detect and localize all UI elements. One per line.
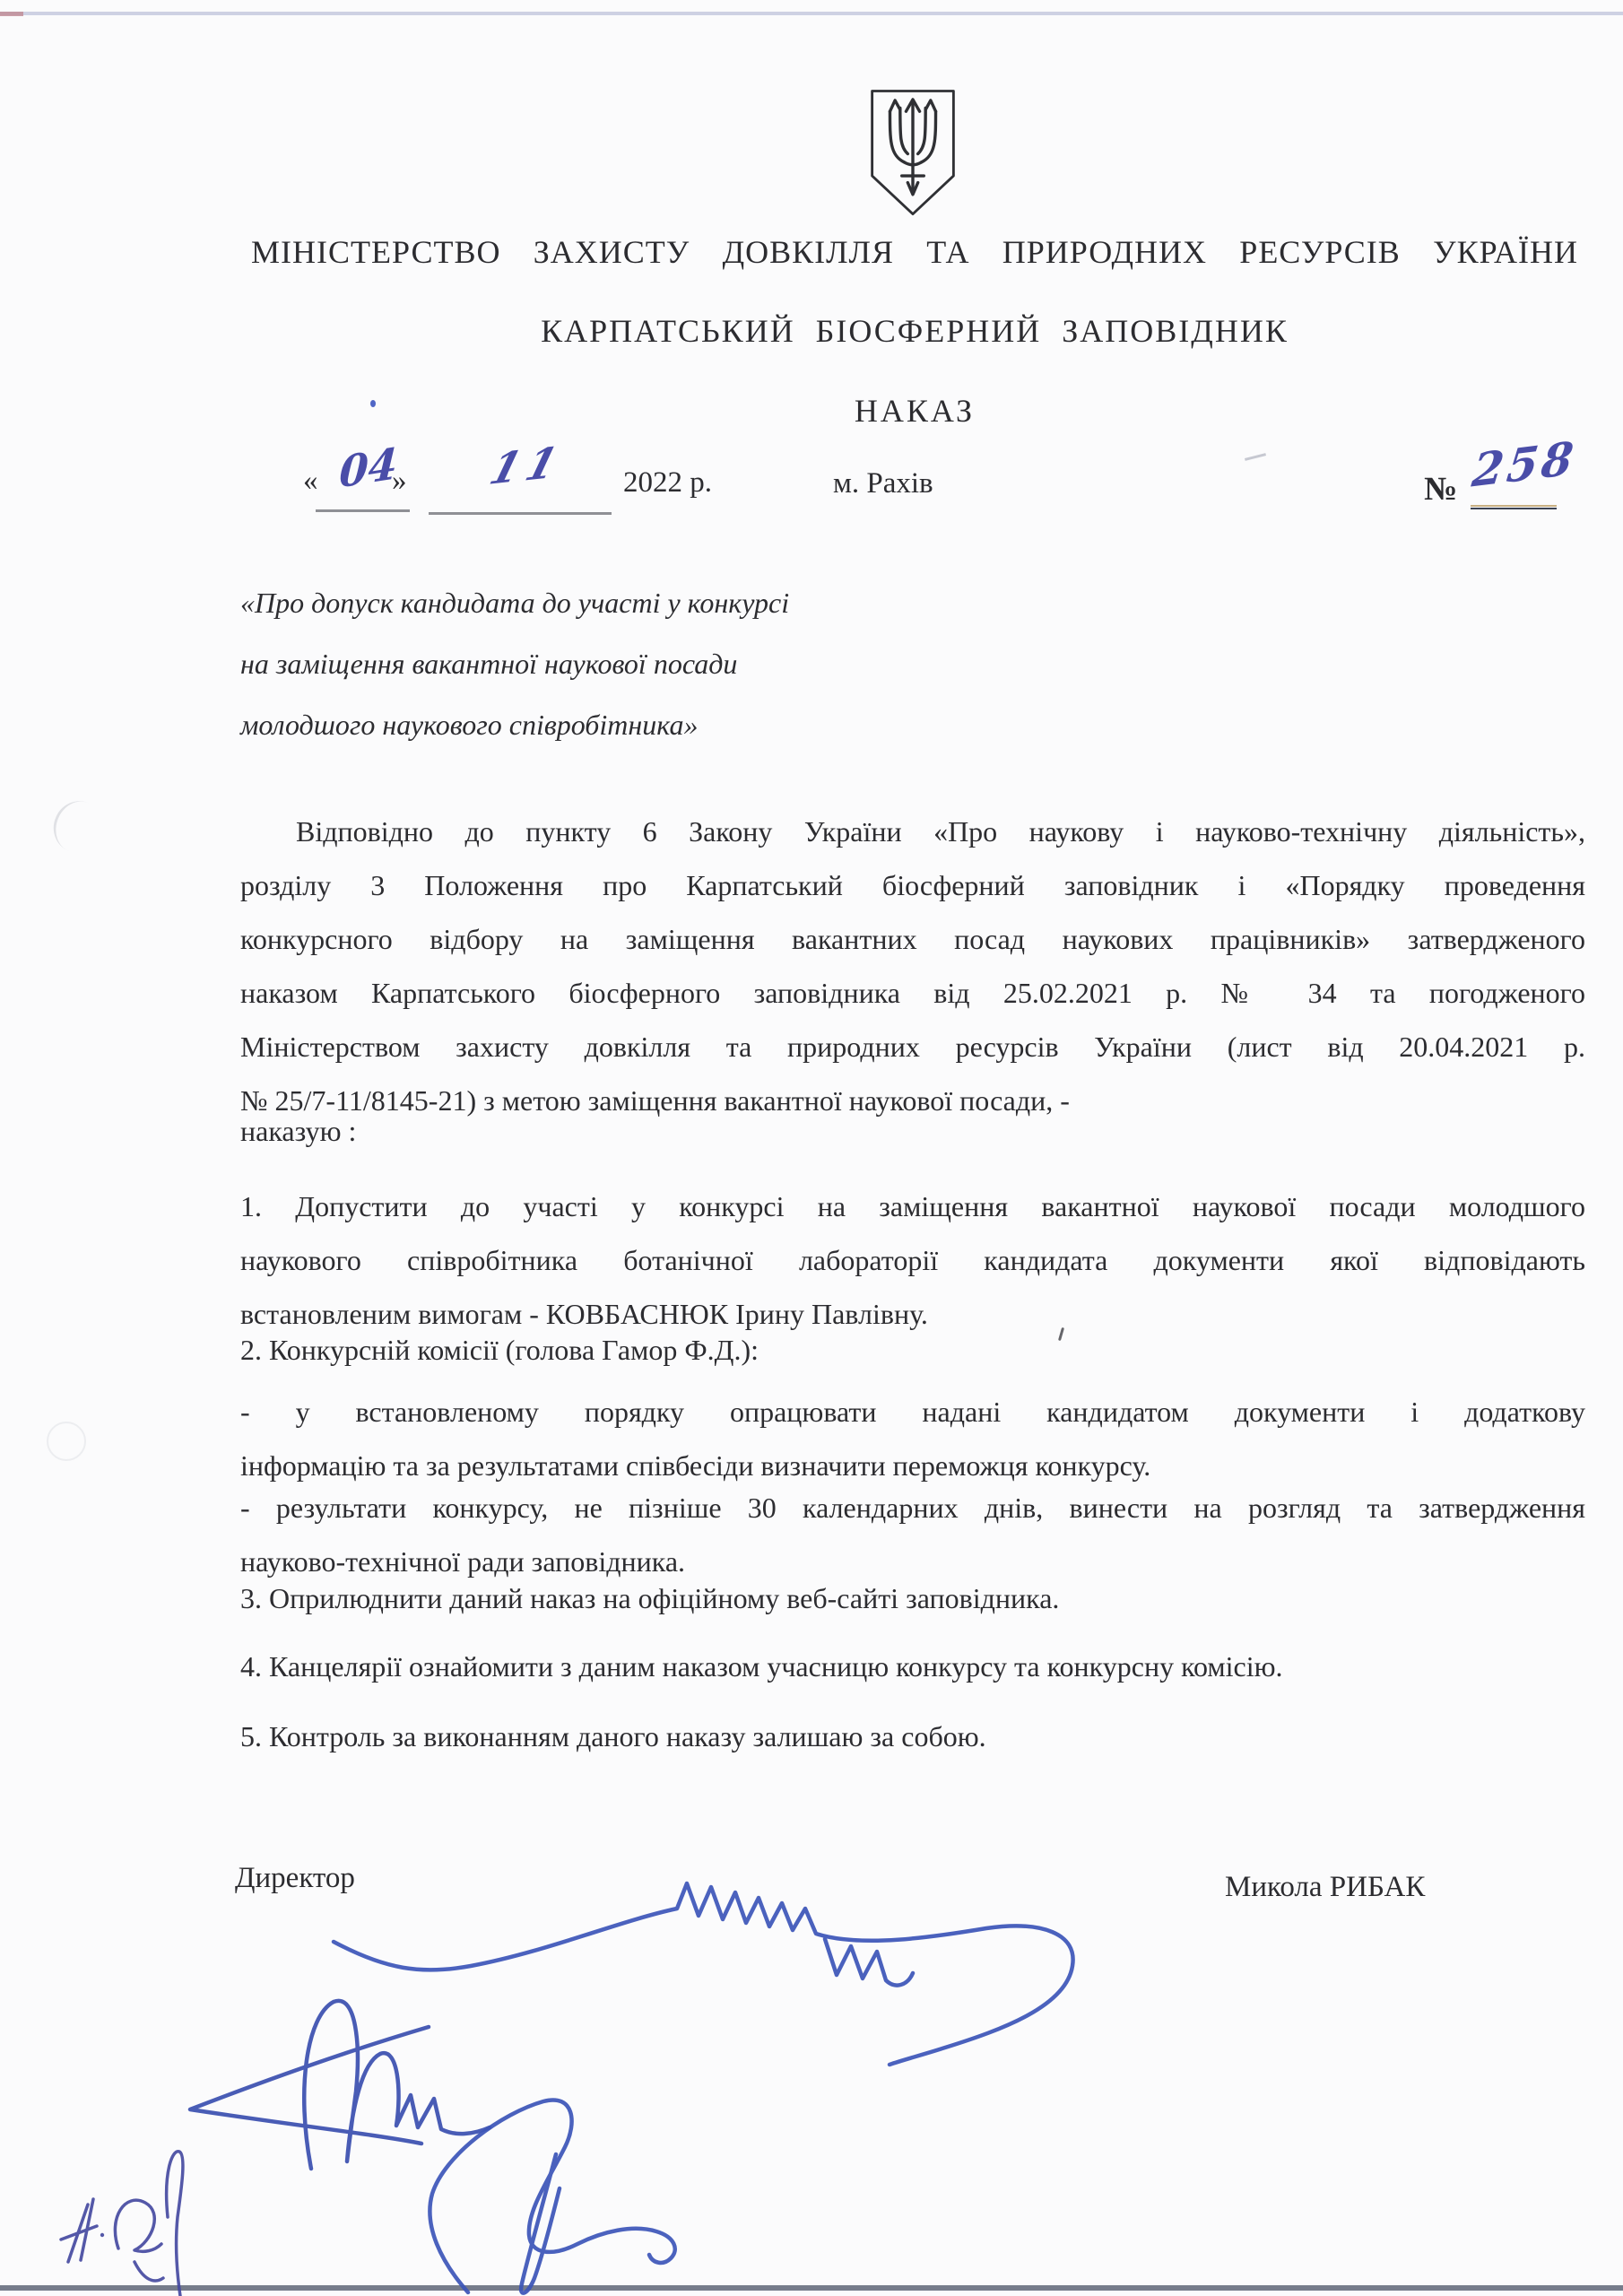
item2-sub2-line: - результати конкурсу, не пізніше 30 кал… <box>240 1482 1585 1535</box>
order-item-1: 1. Допустити до участі у конкурсі на зам… <box>240 1180 1585 1342</box>
month-underline <box>429 512 612 515</box>
signer-position: Директор <box>235 1862 355 1895</box>
preamble-line: Міністерством захисту довкілля та природ… <box>240 1021 1585 1074</box>
subject-line: «Про допуск кандидата до участі у конкур… <box>240 574 958 635</box>
city-label: м. Рахів <box>833 467 933 500</box>
scan-top-edge-red-tip <box>0 12 23 16</box>
item1-line: наукового співробітника ботанічної лабор… <box>240 1234 1585 1288</box>
order-word: наказую : <box>240 1115 356 1148</box>
handwritten-order-number: 258 <box>1470 430 1580 498</box>
ukraine-trident-emblem <box>866 86 959 221</box>
handwritten-day: 04 <box>338 439 399 498</box>
item1-line: 1. Допустити до участі у конкурсі на зам… <box>240 1180 1585 1234</box>
scan-smudge-arc <box>46 794 111 860</box>
organization-title: КАРПАТСЬКИЙ БІОСФЕРНИЙ ЗАПОВІДНИК <box>251 312 1578 350</box>
order-item-4: 4. Канцелярії ознайомити з даним наказом… <box>240 1650 1283 1683</box>
order-item-5: 5. Контроль за виконанням даного наказу … <box>240 1720 986 1753</box>
preamble-line: № 25/7-11/8145-21) з метою заміщення вак… <box>240 1074 1585 1128</box>
scan-smudge-circle <box>47 1422 86 1461</box>
scan-top-edge-line <box>0 12 1623 15</box>
year-label: 2022 р. <box>623 466 712 500</box>
subject-line: молодшого наукового співробітника» <box>240 696 958 757</box>
order-item-2-sub2: - результати конкурсу, не пізніше 30 кал… <box>240 1482 1585 1589</box>
subject-line: на заміщення вакантної наукової посади <box>240 635 958 696</box>
order-item-2-head: 2. Конкурсній комісії (голова Гамор Ф.Д.… <box>240 1334 759 1367</box>
signer-name: Микола РИБАК <box>1225 1871 1425 1904</box>
preamble-line: Відповідно до пункту 6 Закону України «П… <box>240 805 1585 859</box>
date-close-quote: » <box>392 465 407 498</box>
day-underline <box>316 509 410 512</box>
order-item-2-sub1: - у встановленому порядку опрацювати над… <box>240 1386 1585 1493</box>
number-sign: № <box>1424 470 1457 509</box>
handwritten-month: 11 <box>484 437 570 494</box>
scan-bottom-edge-line <box>0 2285 1623 2291</box>
approval-signature-right <box>430 2100 674 2292</box>
preamble-line: конкурсного відбору на заміщення вакантн… <box>240 913 1585 967</box>
director-signature <box>334 1883 1073 2065</box>
date-open-quote: « <box>303 465 318 498</box>
preamble-paragraph: Відповідно до пункту 6 Закону України «П… <box>240 805 1585 1128</box>
item2-sub2-line: науково-технічної ради заповідника. <box>240 1535 1585 1589</box>
preamble-line: наказом Карпатського біосферного заповід… <box>240 967 1585 1021</box>
scan-smudge-squiggle <box>1245 453 1266 461</box>
number-underline <box>1471 505 1557 507</box>
ministry-title: МІНІСТЕРСТВО ЗАХИСТУ ДОВКІЛЛЯ ТА ПРИРОДН… <box>251 233 1578 271</box>
approval-signature-left <box>190 2001 490 2169</box>
clerk-initials-signature <box>61 2152 183 2296</box>
item2-sub1-line: - у встановленому порядку опрацювати над… <box>240 1386 1585 1439</box>
preamble-line: розділу 3 Положення про Карпатський біос… <box>240 859 1585 913</box>
order-item-3: 3. Оприлюднити даний наказ на офіційному… <box>240 1582 1059 1615</box>
scanned-order-document: МІНІСТЕРСТВО ЗАХИСТУ ДОВКІЛЛЯ ТА ПРИРОДН… <box>0 0 1623 2296</box>
document-type-title: НАКАЗ <box>251 392 1578 430</box>
subject-block: «Про допуск кандидата до участі у конкур… <box>240 574 958 757</box>
